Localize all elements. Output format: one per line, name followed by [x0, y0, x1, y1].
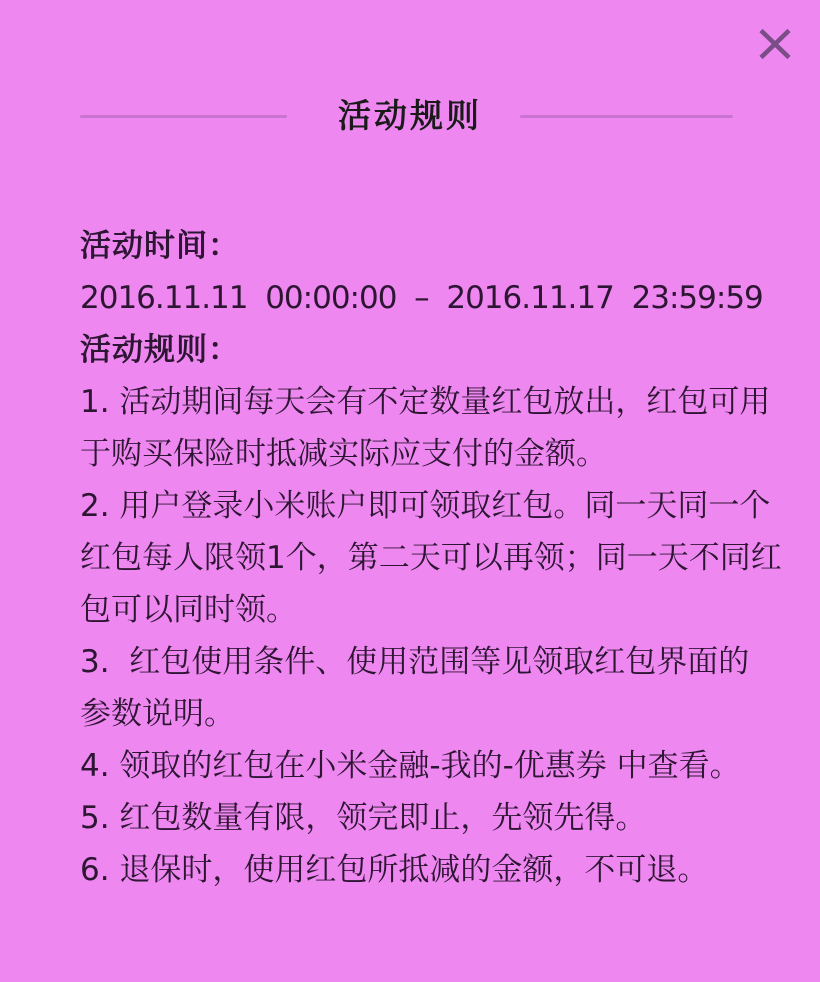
activity-rules-overlay: 活动规则 活动时间： 2016.11.11 00:00:00 – 2016.11…: [0, 0, 820, 982]
rule-item-6: 6. 退保时，使用红包所抵减的金额，不可退。: [80, 844, 748, 896]
rule-item-5: 5. 红包数量有限，领完即止，先领先得。: [80, 792, 748, 844]
close-icon: [758, 28, 792, 60]
activity-time-value: 2016.11.11 00:00:00 – 2016.11.17 23:59:5…: [80, 272, 748, 324]
rule-item-3: 3. 红包使用条件、使用范围等见领取红包界面的 参数说明。: [80, 636, 748, 740]
title-divider-right: [520, 115, 733, 118]
rule-item-2: 2. 用户登录小米账户即可领取红包。同一天同一个 红包每人限领1个，第二天可以再…: [80, 480, 748, 636]
activity-rules-label: 活动规则：: [80, 324, 748, 376]
activity-time-label: 活动时间：: [80, 220, 748, 272]
rule-item-4: 4. 领取的红包在小米金融-我的-优惠券 中查看。: [80, 740, 748, 792]
rule-item-1: 1. 活动期间每天会有不定数量红包放出，红包可用 于购买保险时抵减实际应支付的金…: [80, 376, 748, 480]
close-button[interactable]: [752, 22, 798, 66]
rules-content: 活动时间： 2016.11.11 00:00:00 – 2016.11.17 2…: [80, 220, 748, 896]
